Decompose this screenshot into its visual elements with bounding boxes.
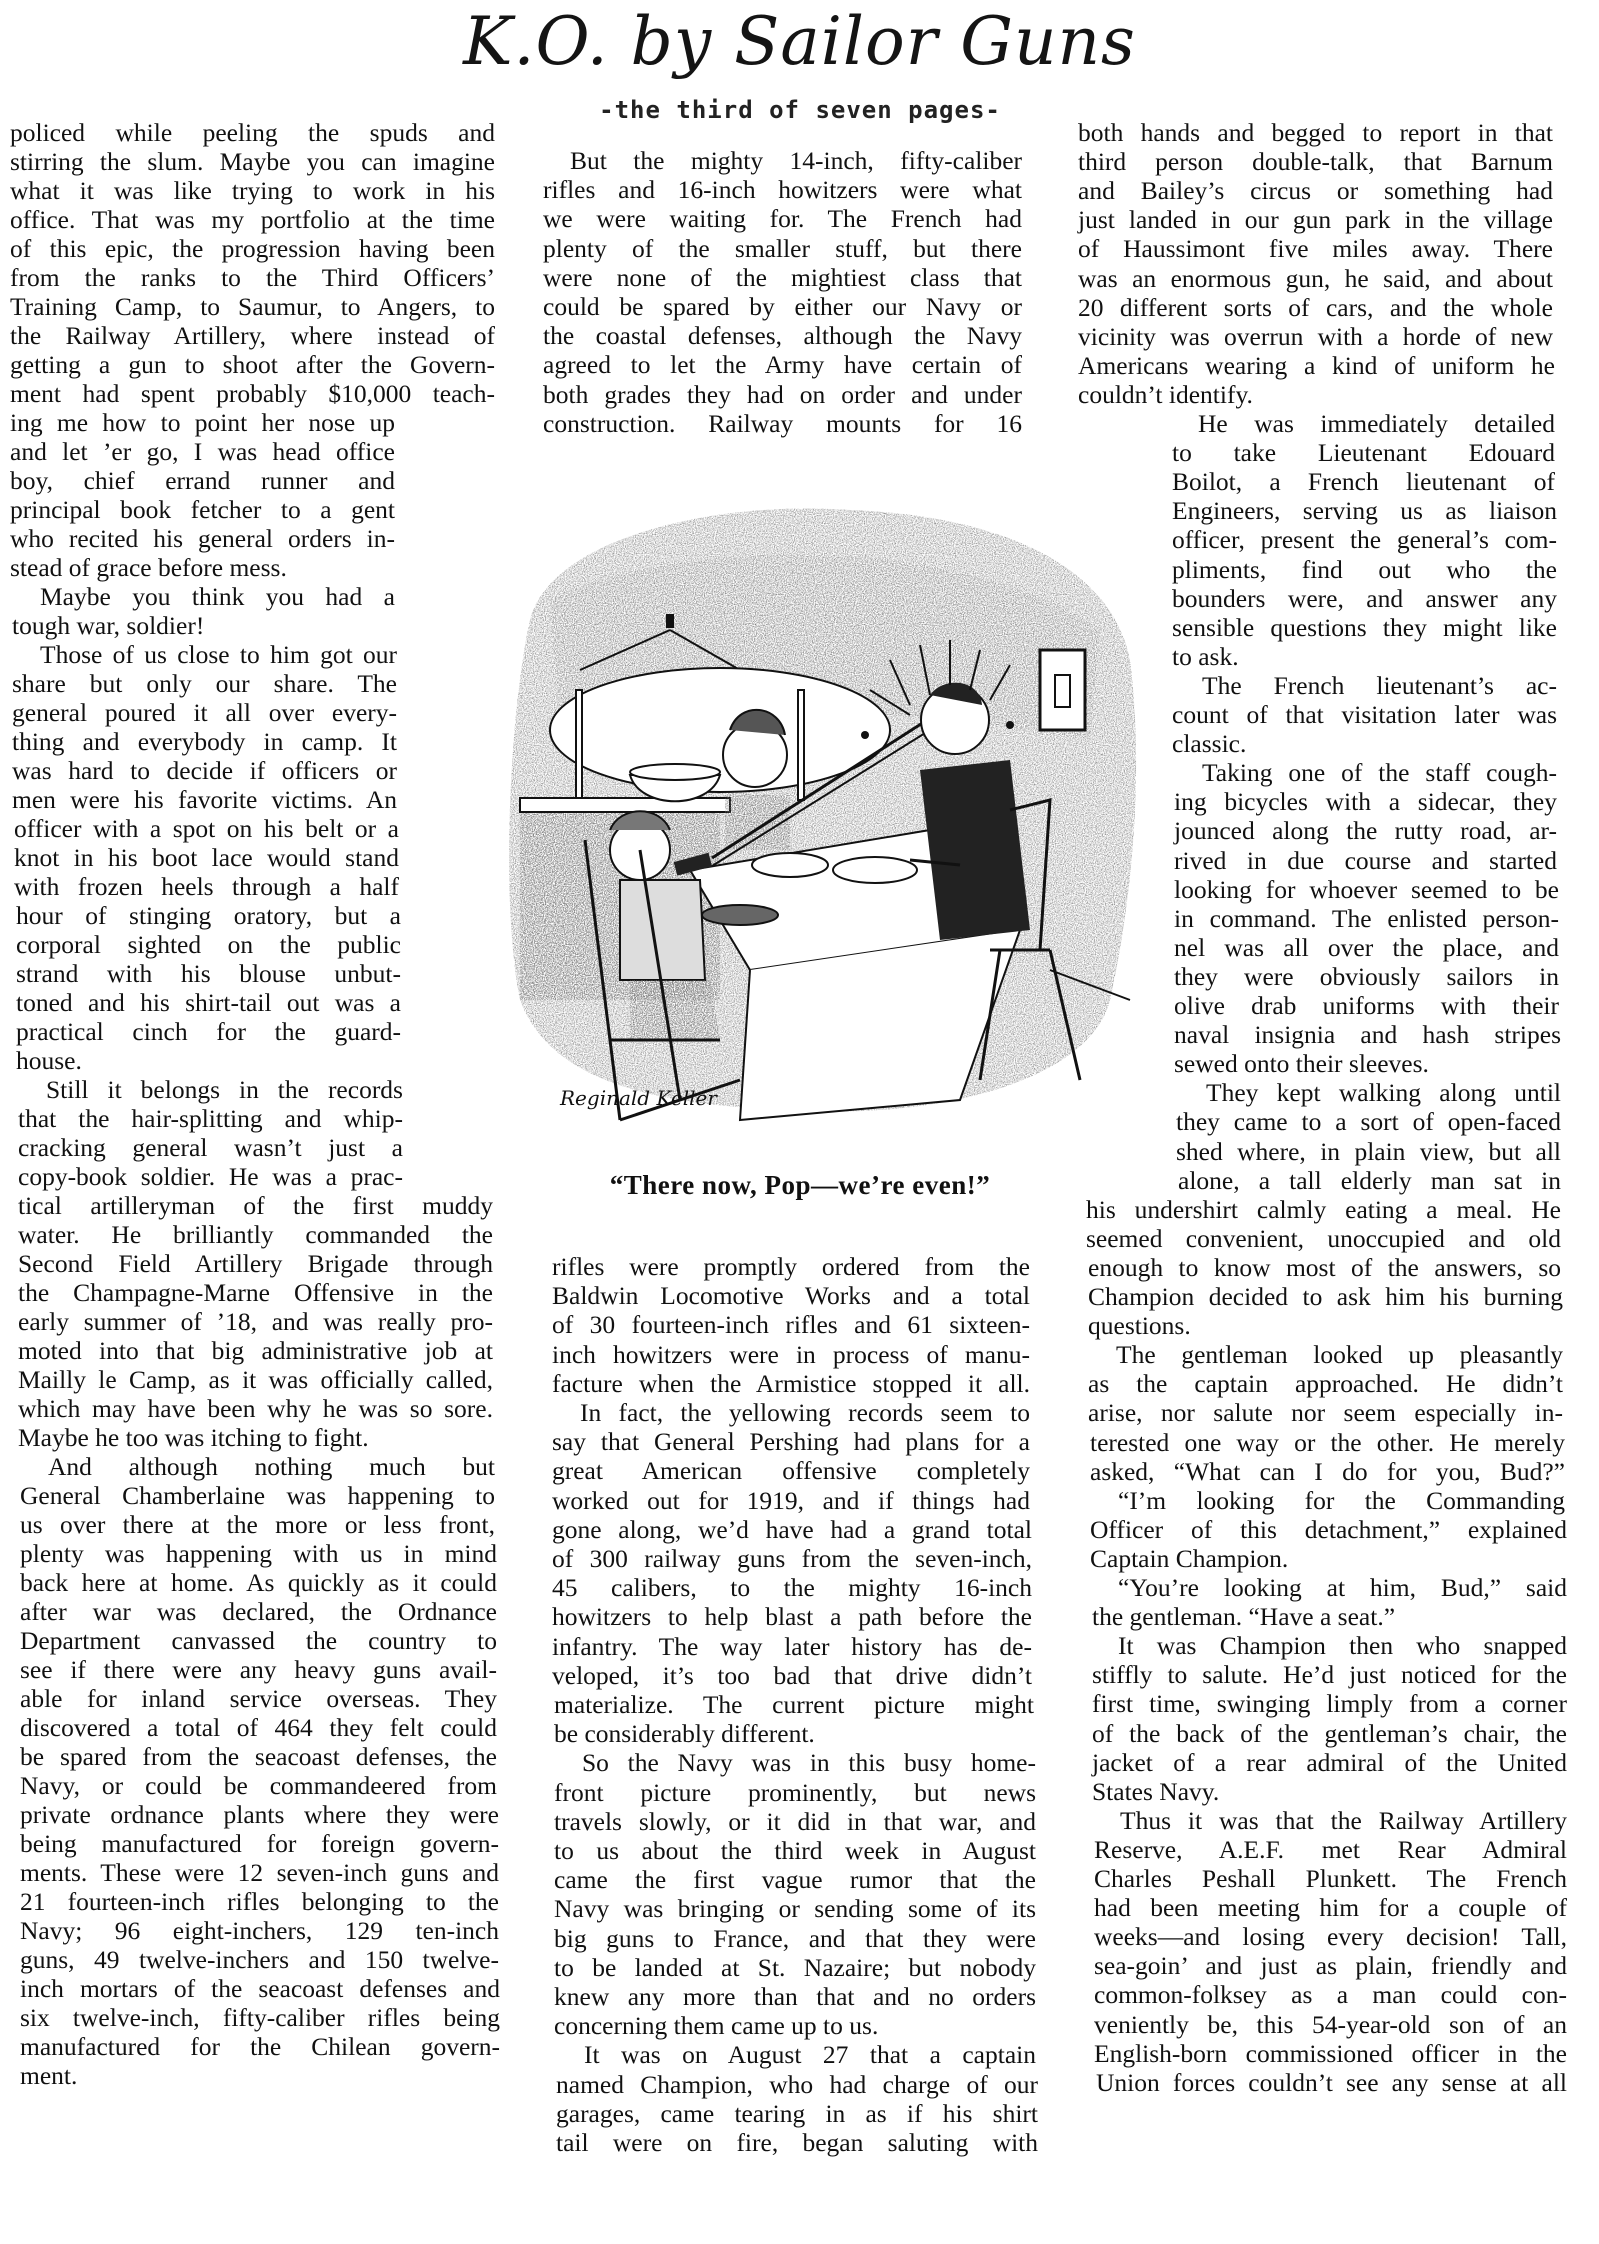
text-line: we were waiting for. The French had <box>543 204 1022 233</box>
text-line: “You’re looking at him, Bud,” said <box>1118 1573 1567 1602</box>
text-line: knot in his boot lace would stand <box>14 843 399 872</box>
text-line: us over there at the more or less front, <box>20 1510 495 1539</box>
text-line: howitzers to help blast a path before th… <box>552 1602 1032 1631</box>
text-line: strand with his blouse unbut- <box>16 959 401 988</box>
text-line: pliments, find out who the <box>1172 555 1557 584</box>
text-line: of this epic, the progression having bee… <box>10 234 495 263</box>
text-line: to be landed at St. Nazaire; but nobody <box>554 1953 1036 1982</box>
family-dinner-drawing: Reginald Keller <box>490 480 1150 1170</box>
text-line: Mailly le Camp, as it was officially cal… <box>18 1365 493 1394</box>
text-line: stiffly to salute. He’d just noticed for… <box>1092 1660 1567 1689</box>
text-line: Boilot, a French lieutenant of <box>1172 467 1555 496</box>
text-line: Taking one of the staff cough- <box>1202 758 1557 787</box>
text-line: first time, swinging limply from a corne… <box>1092 1689 1567 1718</box>
text-line: bounders were, and answer any <box>1172 584 1557 613</box>
text-line: office. That was my portfolio at the tim… <box>10 205 495 234</box>
text-line: jacket of a rear admiral of the United <box>1092 1748 1567 1777</box>
text-line: ments. These were 12 seven-inch guns and <box>20 1858 499 1887</box>
text-line: cracking general wasn’t just a <box>18 1133 403 1162</box>
text-line: terested one way or the other. He merely <box>1090 1428 1565 1457</box>
text-line: of 30 fourteen-inch rifles and 61 sixtee… <box>552 1310 1030 1339</box>
text-line: vicinity was overrun with a horde of new <box>1078 322 1553 351</box>
text-line: So the Navy was in this busy home- <box>582 1748 1036 1777</box>
text-line: olive drab uniforms with their <box>1174 991 1559 1020</box>
text-line: materialize. The current picture might <box>554 1690 1034 1719</box>
text-line: 21 fourteen-inch rifles belonging to the <box>20 1887 499 1916</box>
text-line: rived in due course and started <box>1174 846 1557 875</box>
text-line: and Bailey’s circus or something had <box>1078 176 1553 205</box>
text-line: jounced along the rutty road, ar- <box>1174 816 1557 845</box>
text-line: General Chamberlaine was happening to <box>20 1481 495 1510</box>
text-line: to take Lieutenant Edouard <box>1172 438 1555 467</box>
text-line: stead of grace before mess. <box>10 553 395 582</box>
text-line: seemed convenient, unoccupied and old <box>1086 1224 1561 1253</box>
text-line: general poured it all over every- <box>12 698 397 727</box>
text-line: which may have been why he was so sore. <box>18 1394 493 1423</box>
text-line: policed while peeling the spuds and <box>10 118 495 147</box>
text-line: Officer of this detachment,” explained <box>1090 1515 1567 1544</box>
text-line: States Navy. <box>1092 1777 1567 1806</box>
text-line: Those of us close to him got our <box>40 640 397 669</box>
text-line: after war was declared, the Ordnance <box>20 1597 497 1626</box>
text-line: the gentleman. “Have a seat.” <box>1092 1602 1567 1631</box>
cartoon-caption: “There now, Pop—we’re even!” <box>540 1170 1060 1201</box>
text-line: Training Camp, to Saumur, to Angers, to <box>10 292 495 321</box>
text-line: garages, came tearing in as if his shirt <box>556 2099 1038 2128</box>
text-line: men were his favorite victims. An <box>12 785 397 814</box>
text-line: early summer of ’18, and was really pro- <box>18 1307 493 1336</box>
text-line: see if there were any heavy guns avail- <box>20 1655 497 1684</box>
text-line: great American offensive completely <box>552 1456 1030 1485</box>
text-line: construction. Railway mounts for 16 <box>543 409 1022 438</box>
text-line: “I’m looking for the Commanding <box>1118 1486 1565 1515</box>
text-line: be considerably different. <box>554 1719 1034 1748</box>
text-line: practical cinch for the guard- <box>16 1017 401 1046</box>
text-line: being manufactured for foreign govern- <box>20 1829 499 1858</box>
text-line: named Champion, who had charge of our <box>556 2070 1038 2099</box>
text-line: that the hair-splitting and whip- <box>18 1104 403 1133</box>
text-line: concerning them came up to us. <box>554 2011 1036 2040</box>
text-line: back here at home. As quickly as it coul… <box>20 1568 497 1597</box>
text-line: say that General Pershing had plans for … <box>552 1427 1030 1456</box>
cartoon-illustration: Reginald Keller <box>490 480 1150 1170</box>
text-line: officer, present the general’s com- <box>1172 525 1557 554</box>
text-line: asked, “What can I do for you, Bud?” <box>1090 1457 1565 1486</box>
text-line: naval insignia and hash stripes <box>1174 1020 1561 1049</box>
text-line: sea-goin’ and just as plain, friendly an… <box>1094 1951 1567 1980</box>
text-line: hour of stinging oratory, but a <box>16 901 401 930</box>
text-line: share but only our share. The <box>12 669 397 698</box>
text-line: Baldwin Locomotive Works and a total <box>552 1281 1030 1310</box>
text-line: officer with a spot on his belt or a <box>14 814 399 843</box>
text-line: private ordnance plants where they were <box>20 1800 499 1829</box>
article-subtitle: -the third of seven pages- <box>540 96 1060 124</box>
text-line: Maybe he too was itching to fight. <box>18 1423 493 1452</box>
text-line: copy-book soldier. He was a prac- <box>18 1162 403 1191</box>
text-line: of the back of the gentleman’s chair, th… <box>1092 1719 1567 1748</box>
text-line: tical artilleryman of the first muddy <box>18 1191 493 1220</box>
artist-signature: Reginald Keller <box>559 1086 718 1110</box>
text-line: boy, chief errand runner and <box>10 466 395 495</box>
text-line: knew any more than that and no orders <box>554 1982 1036 2011</box>
text-line: 45 calibers, to the mighty 16-inch <box>552 1573 1032 1602</box>
text-line: ing me how to point her nose up <box>10 408 395 437</box>
text-line: who recited his general orders in- <box>10 524 395 553</box>
text-line: the coastal defenses, although the Navy <box>543 321 1022 350</box>
text-line: ing bicycles with a sidecar, they <box>1174 787 1557 816</box>
text-line: the Champagne-Marne Offensive in the <box>18 1278 493 1307</box>
article-title: K.O. by Sailor Guns <box>0 2 1599 82</box>
text-line: Captain Champion. <box>1090 1544 1567 1573</box>
text-line: Thus it was that the Railway Artillery <box>1120 1806 1567 1835</box>
text-line: looking for whoever seemed to be <box>1174 875 1559 904</box>
text-line: The French lieutenant’s ac- <box>1202 671 1557 700</box>
text-line: veloped, it’s too bad that drive didn’t <box>552 1661 1032 1690</box>
text-line: shed where, in plain view, but all <box>1176 1137 1561 1166</box>
text-line: as the captain approached. He didn’t <box>1088 1369 1563 1398</box>
text-line: sewed onto their sleeves. <box>1174 1049 1561 1078</box>
text-line: They kept walking along until <box>1206 1078 1561 1107</box>
text-line: had been meeting him for a couple of <box>1094 1893 1567 1922</box>
text-line: nel was all over the place, and <box>1174 933 1559 962</box>
text-line: Engineers, serving us as liaison <box>1172 496 1557 525</box>
text-line: both grades they had on order and under <box>543 380 1022 409</box>
text-line: could be spared by either our Navy or <box>543 292 1022 321</box>
text-line: The gentleman looked up pleasantly <box>1116 1340 1563 1369</box>
text-line: Americans wearing a kind of uniform he <box>1078 351 1555 380</box>
text-line: his undershirt calmly eating a meal. He <box>1086 1195 1561 1224</box>
text-line: were none of the mightiest class that <box>543 263 1022 292</box>
text-line: classic. <box>1172 729 1557 758</box>
text-line: the Railway Artillery, where instead of <box>10 321 495 350</box>
text-line: of 300 railway guns from the seven-inch, <box>552 1544 1032 1573</box>
text-line: what it was like trying to work in his <box>10 176 495 205</box>
text-line: inch mortars of the seacoast defenses an… <box>20 1974 500 2003</box>
text-line: questions. <box>1088 1311 1563 1340</box>
text-line: Union forces couldn’t see any sense at a… <box>1096 2068 1567 2097</box>
text-line: in command. The enlisted person- <box>1174 904 1559 933</box>
text-line: water. He brilliantly commanded the <box>18 1220 493 1249</box>
text-line: Charles Peshall Plunkett. The French <box>1094 1864 1567 1893</box>
text-line: Reserve, A.E.F. met Rear Admiral <box>1094 1835 1567 1864</box>
text-line: gone along, we’d have had a grand total <box>552 1515 1032 1544</box>
text-line: plenty was happening with us in mind <box>20 1539 497 1568</box>
text-line: from the ranks to the Third Officers’ <box>10 263 495 292</box>
text-line: be spared from the seacoast defenses, th… <box>20 1742 497 1771</box>
text-line: of Haussimont five miles away. There <box>1078 234 1553 263</box>
text-line: enough to know most of the answers, so <box>1088 1253 1561 1282</box>
text-line: But the mighty 14-inch, fifty-caliber <box>570 146 1022 175</box>
text-line: rifles were promptly ordered from the <box>552 1252 1030 1281</box>
text-line: alone, a tall elderly man sat in <box>1178 1166 1561 1195</box>
text-line: third person double-talk, that Barnum <box>1078 147 1553 176</box>
text-line: corporal sighted on the public <box>16 930 401 959</box>
text-line: Navy; 96 eight-inchers, 129 ten-inch <box>20 1916 499 1945</box>
text-line: ment had spent probably $10,000 teach- <box>10 379 495 408</box>
text-line: with frozen heels through a half <box>14 872 399 901</box>
text-line: count of that visitation later was <box>1172 700 1557 729</box>
text-line: they came to a sort of open-faced <box>1176 1107 1561 1136</box>
text-line: It was on August 27 that a captain <box>584 2040 1036 2069</box>
text-line: agreed to let the Army have certain of <box>543 350 1022 379</box>
text-line: rifles and 16-inch howitzers were what <box>543 175 1022 204</box>
text-line: worked out for 1919, and if things had <box>552 1486 1030 1515</box>
text-line: big guns to France, and that they were <box>554 1924 1036 1953</box>
text-line: was an enormous gun, he said, and about <box>1078 264 1553 293</box>
text-line: arise, nor salute nor seem especially in… <box>1088 1398 1563 1427</box>
text-line: couldn’t identify. <box>1078 380 1555 409</box>
text-line: front picture prominently, but news <box>554 1778 1036 1807</box>
text-line: and let ’er go, I was head office <box>10 437 395 466</box>
text-line: Maybe you think you had a <box>40 582 395 611</box>
text-line: inch howitzers were in process of manu- <box>552 1340 1030 1369</box>
text-line: stirring the slum. Maybe you can imagine <box>10 147 495 176</box>
text-line: toned and his shirt-tail out was a <box>16 988 401 1017</box>
text-line: In fact, the yellowing records seem to <box>580 1398 1030 1427</box>
text-line: Still it belongs in the records <box>46 1075 403 1104</box>
text-line: infantry. The way later history has de- <box>552 1632 1032 1661</box>
text-line: English-born commissioned officer in the <box>1094 2039 1567 2068</box>
text-line: house. <box>16 1046 401 1075</box>
text-line: six twelve-inch, fifty-caliber rifles be… <box>20 2003 500 2032</box>
text-line: to ask. <box>1172 642 1557 671</box>
text-line: common-folksey as a man could con- <box>1094 1980 1567 2009</box>
text-line: Department canvassed the country to <box>20 1626 497 1655</box>
text-line: principal book fetcher to a gent <box>10 495 395 524</box>
text-line: 20 different sorts of cars, and the whol… <box>1078 293 1553 322</box>
text-line: able for inland service overseas. They <box>20 1684 497 1713</box>
text-line: weeks—and losing every decision! Tall, <box>1094 1922 1567 1951</box>
text-line: getting a gun to shoot after the Govern- <box>10 350 495 379</box>
text-line: to us about the third week in August <box>554 1836 1036 1865</box>
text-line: Navy, or could be commandeered from <box>20 1771 497 1800</box>
text-line: sensible questions they might like <box>1172 613 1557 642</box>
text-line: thing and everybody in camp. It <box>12 727 397 756</box>
text-line: manufactured for the Chilean govern- <box>20 2032 500 2061</box>
text-line: discovered a total of 464 they felt coul… <box>20 1713 497 1742</box>
text-line: tough war, soldier! <box>12 611 395 640</box>
text-line: facture when the Armistice stopped it al… <box>552 1369 1030 1398</box>
text-line: just landed in our gun park in the villa… <box>1078 205 1553 234</box>
text-line: came the first vague rumor that the <box>554 1865 1036 1894</box>
text-line: Second Field Artillery Brigade through <box>18 1249 493 1278</box>
text-line: tail were on fire, began saluting with <box>556 2128 1038 2157</box>
text-line: He was immediately detailed <box>1198 409 1555 438</box>
text-line: Navy was bringing or sending some of its <box>554 1894 1036 1923</box>
text-line: Champion decided to ask him his burning <box>1088 1282 1563 1311</box>
text-line: And although nothing much but <box>48 1452 495 1481</box>
text-line: moted into that big administrative job a… <box>18 1336 493 1365</box>
text-line: plenty of the smaller stuff, but there <box>543 234 1022 263</box>
text-line: veniently be, this 54-year-old son of an <box>1094 2010 1567 2039</box>
text-line: travels slowly, or it did in that war, a… <box>554 1807 1036 1836</box>
text-line: they were obviously sailors in <box>1174 962 1559 991</box>
text-line: guns, 49 twelve-inchers and 150 twelve- <box>20 1945 499 1974</box>
text-line: ment. <box>20 2061 500 2090</box>
text-line: both hands and begged to report in that <box>1078 118 1553 147</box>
text-line: was hard to decide if officers or <box>12 756 397 785</box>
text-line: It was Champion then who snapped <box>1118 1631 1567 1660</box>
